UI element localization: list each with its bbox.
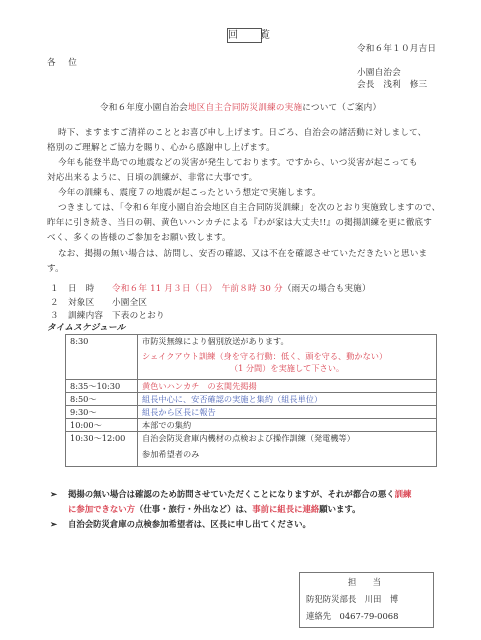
event-datetime: 令和６年 11 月３日（日） 午前８時 30 分 [112,284,283,294]
para2-line2: 対応出来るように、日頃の訓練が、非常に大事です。 [47,173,257,184]
contact-box: 担 当 防犯防災部長 川田 博 連絡先 0467-79-0068 [299,572,434,628]
para2-line1: 今年も能登半島での地震などの災害が発生しております。ですから、いつ災害が起こって… [58,158,418,169]
para1-line2: 格別のご理解とご協力を賜り、心から感謝申し上げます。 [47,143,275,154]
subject-prefix: 令和６年度小園自治会 [100,103,188,113]
time-cell: 10:30～12:00 [66,432,138,467]
sender-name: 会長 浅利 修三 [357,80,427,91]
subject-highlight: 地区自主合同防災訓練の実施 [188,103,302,113]
schedule-table: 8:30 市防災無線により個別放送があります。 シェイクアウト訓練（身を守る行動… [65,334,437,467]
table-row: 10:00～ 本部での集約 [66,419,437,432]
activity-cell: 本部での集約 [138,419,437,432]
detail-row-area: ２対象区小園全区 [50,298,147,309]
detail-label: 訓練内容 [68,311,112,322]
document-date: 令和６年１０月吉日 [357,44,436,55]
note-bullet-2: ➢自治会防災倉庫の点検参加希望者は、区長に申し出てください。 [50,517,311,532]
activity-cell: 組長から区長に報告 [138,406,437,419]
table-row: 10:30～12:00 自治会防災倉庫内機材の点検および操作訓練（発電機等） 参… [66,432,437,467]
addressee: 各 位 [47,58,79,69]
time-cell: 8:35～10:30 [66,380,138,393]
table-row: 8:35～10:30 黄色いハンカチ の玄関先掲揚 [66,380,437,393]
detail-label: 日 時 [68,284,112,295]
schedule-heading: タイムスケジュール [47,323,125,334]
contact-heading: 担 当 [300,574,433,591]
para5-line2: す。 [47,264,64,275]
arrow-bullet-icon: ➢ [50,517,68,532]
time-cell: 9:30～ [66,406,138,419]
time-cell: 10:00～ [66,419,138,432]
para4-line2: 昨年に引き続き、当日の朝、黄色いハンカチによる『わが家は大丈夫!!』の掲揚訓練を… [47,218,432,229]
table-row: 9:30～ 組長から区長に報告 [66,406,437,419]
activity-cell: 市防災無線により個別放送があります。 シェイクアウト訓練（身を守る行動：低く、頭… [138,335,437,380]
contact-phone: 連絡先 0467-79-0068 [300,608,433,625]
time-cell: 8:30 [66,335,138,380]
activity-cell: 黄色いハンカチ の玄関先掲揚 [138,380,437,393]
contact-person: 防犯防災部長 川田 博 [300,591,433,608]
para4-line3: べく、多くの皆様のご参加をお願い致します。 [47,233,231,244]
subject-line: 令和６年度小園自治会地区自主合同防災訓練の実施について（ご案内） [100,103,381,114]
table-row: 8:30 市防災無線により個別放送があります。 シェイクアウト訓練（身を守る行動… [66,335,437,380]
para4-line1: つきましては、「令和６年度小園自治会地区自主合同防災訓練」を次のとおり実施致しま… [58,203,440,214]
circulation-label: 回 覧 [227,28,262,43]
time-cell: 8:50～ [66,393,138,406]
detail-label: 対象区 [68,298,112,309]
para3-line1: 今年の訓練も、震度７の地震が起こったという想定で実施します。 [58,188,321,199]
activity-cell: 組長中心に、安否確認の実施と集約（組長単位） [138,393,437,406]
sender-org: 小園自治会 [357,68,401,79]
target-area: 小園全区 [112,298,147,308]
activity-cell: 自治会防災倉庫内機材の点検および操作訓練（発電機等） 参加希望者のみ [138,432,437,467]
detail-row-content: ３訓練内容下表のとおり [50,311,165,322]
detail-row-datetime: １日 時令和６年 11 月３日（日） 午前８時 30 分（雨天の場合も実施） [50,284,371,295]
training-content: 下表のとおり [112,311,165,321]
note-bullet-1-cont: に参加できない方（仕事・旅行・外出など）は、事前に組長に連絡願います。 [68,502,360,517]
table-row: 8:50～ 組長中心に、安否確認の実施と集約（組長単位） [66,393,437,406]
para5-line1: なお、掲揚の無い場合は、訪問し、安否の確認、又は不在を確認させていただきたいと思… [58,249,427,260]
subject-suffix: について（ご案内） [302,103,381,113]
note-bullet-1: ➢掲揚の無い場合は確認のため訪問させていただくことになりますが、それが都合の悪く… [50,487,411,502]
arrow-bullet-icon: ➢ [50,487,68,502]
para1-line1: 時下、ますますご清祥のこととお喜び申し上げます。日ごろ、自治会の諸活動に対しまし… [58,128,426,139]
